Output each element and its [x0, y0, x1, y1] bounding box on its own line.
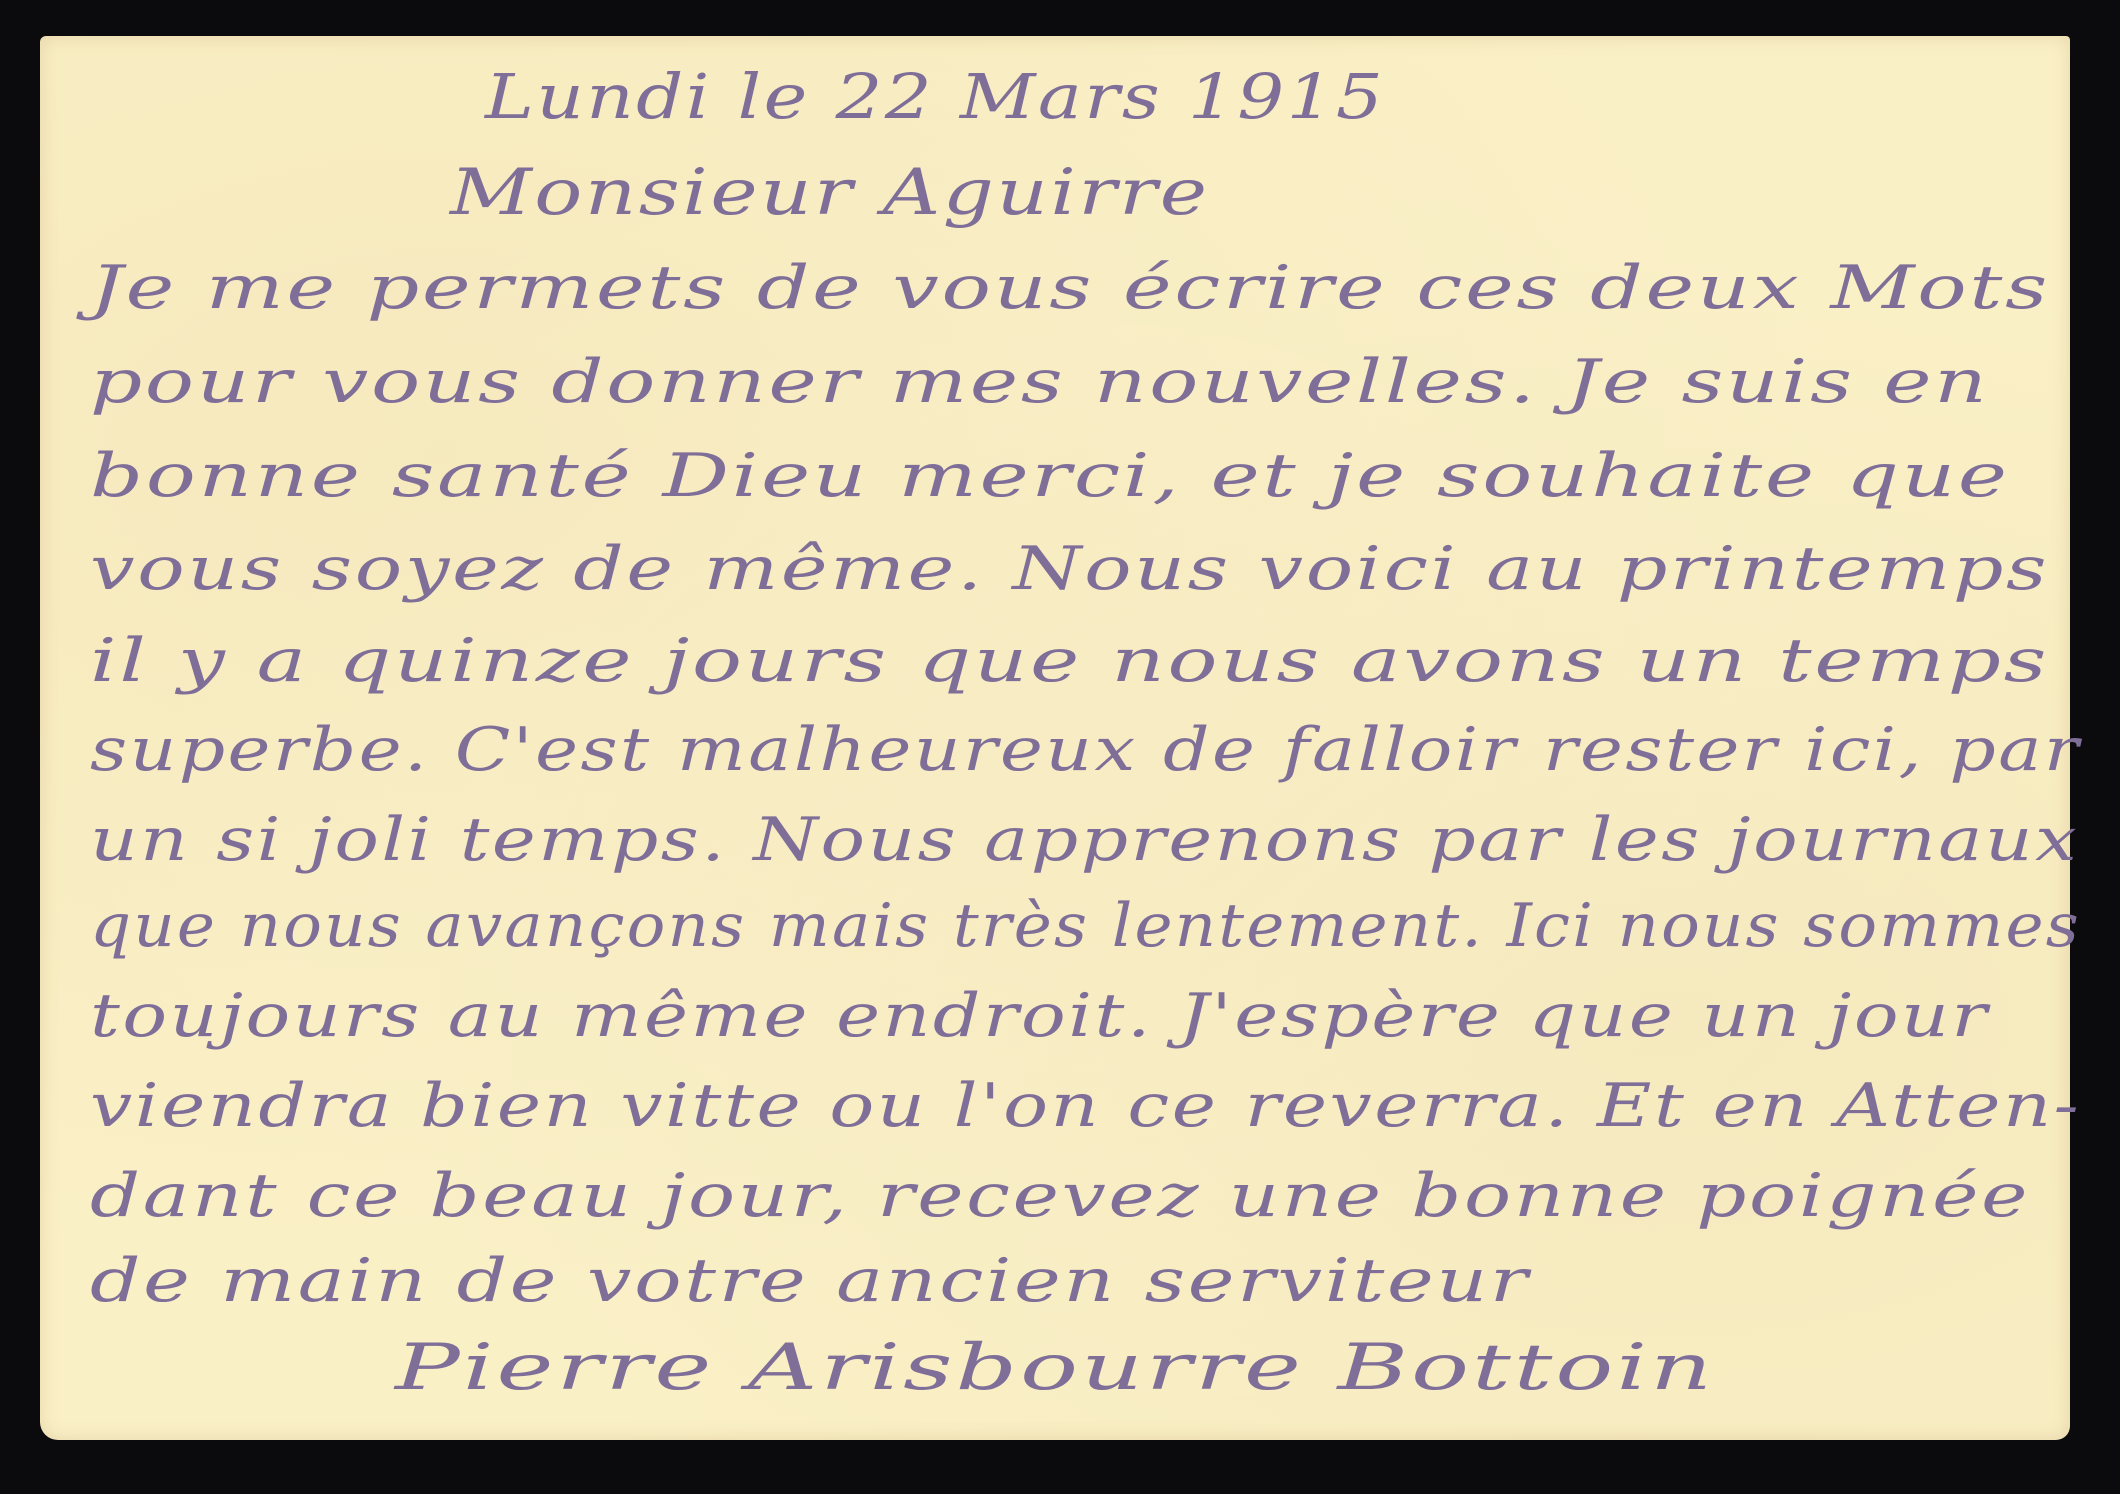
letter-body-line: Je me permets de vous écrire ces deux Mo…: [90, 258, 2050, 318]
letter-body-line: de main de votre ancien serviteur: [90, 1251, 1530, 1311]
letter-body-line: un si joli temps. Nous apprenons par les…: [90, 810, 2079, 870]
letter-body-line: vous soyez de même. Nous voici au printe…: [90, 539, 2049, 599]
letter-body-line: toujours au même endroit. J'espère que u…: [90, 986, 1989, 1046]
letter-signature: Pierre Arisbourre Bottoin: [395, 1336, 1715, 1400]
letter-body-line: que nous avançons mais très lentement. I…: [90, 896, 2081, 956]
letter-body-line: viendra bien vitte ou l'on ce reverra. E…: [90, 1076, 2081, 1136]
letter-body-line: pour vous donner mes nouvelles. Je suis …: [90, 352, 1989, 412]
letter-body-line: il y a quinze jours que nous avons un te…: [90, 631, 2049, 691]
letter-salutation: Monsieur Aguirre: [450, 161, 1209, 225]
letter-body-line: bonne santé Dieu merci, et je souhaite q…: [90, 446, 2010, 506]
letter-date: Lundi le 22 Mars 1915: [485, 66, 1385, 128]
postcard: Lundi le 22 Mars 1915 Monsieur Aguirre J…: [40, 36, 2070, 1440]
letter-body-line: dant ce beau jour, recevez une bonne poi…: [90, 1166, 2030, 1226]
handwritten-letter: Lundi le 22 Mars 1915 Monsieur Aguirre J…: [40, 36, 2070, 1440]
letter-body-line: superbe. C'est malheureux de falloir res…: [90, 720, 2081, 780]
